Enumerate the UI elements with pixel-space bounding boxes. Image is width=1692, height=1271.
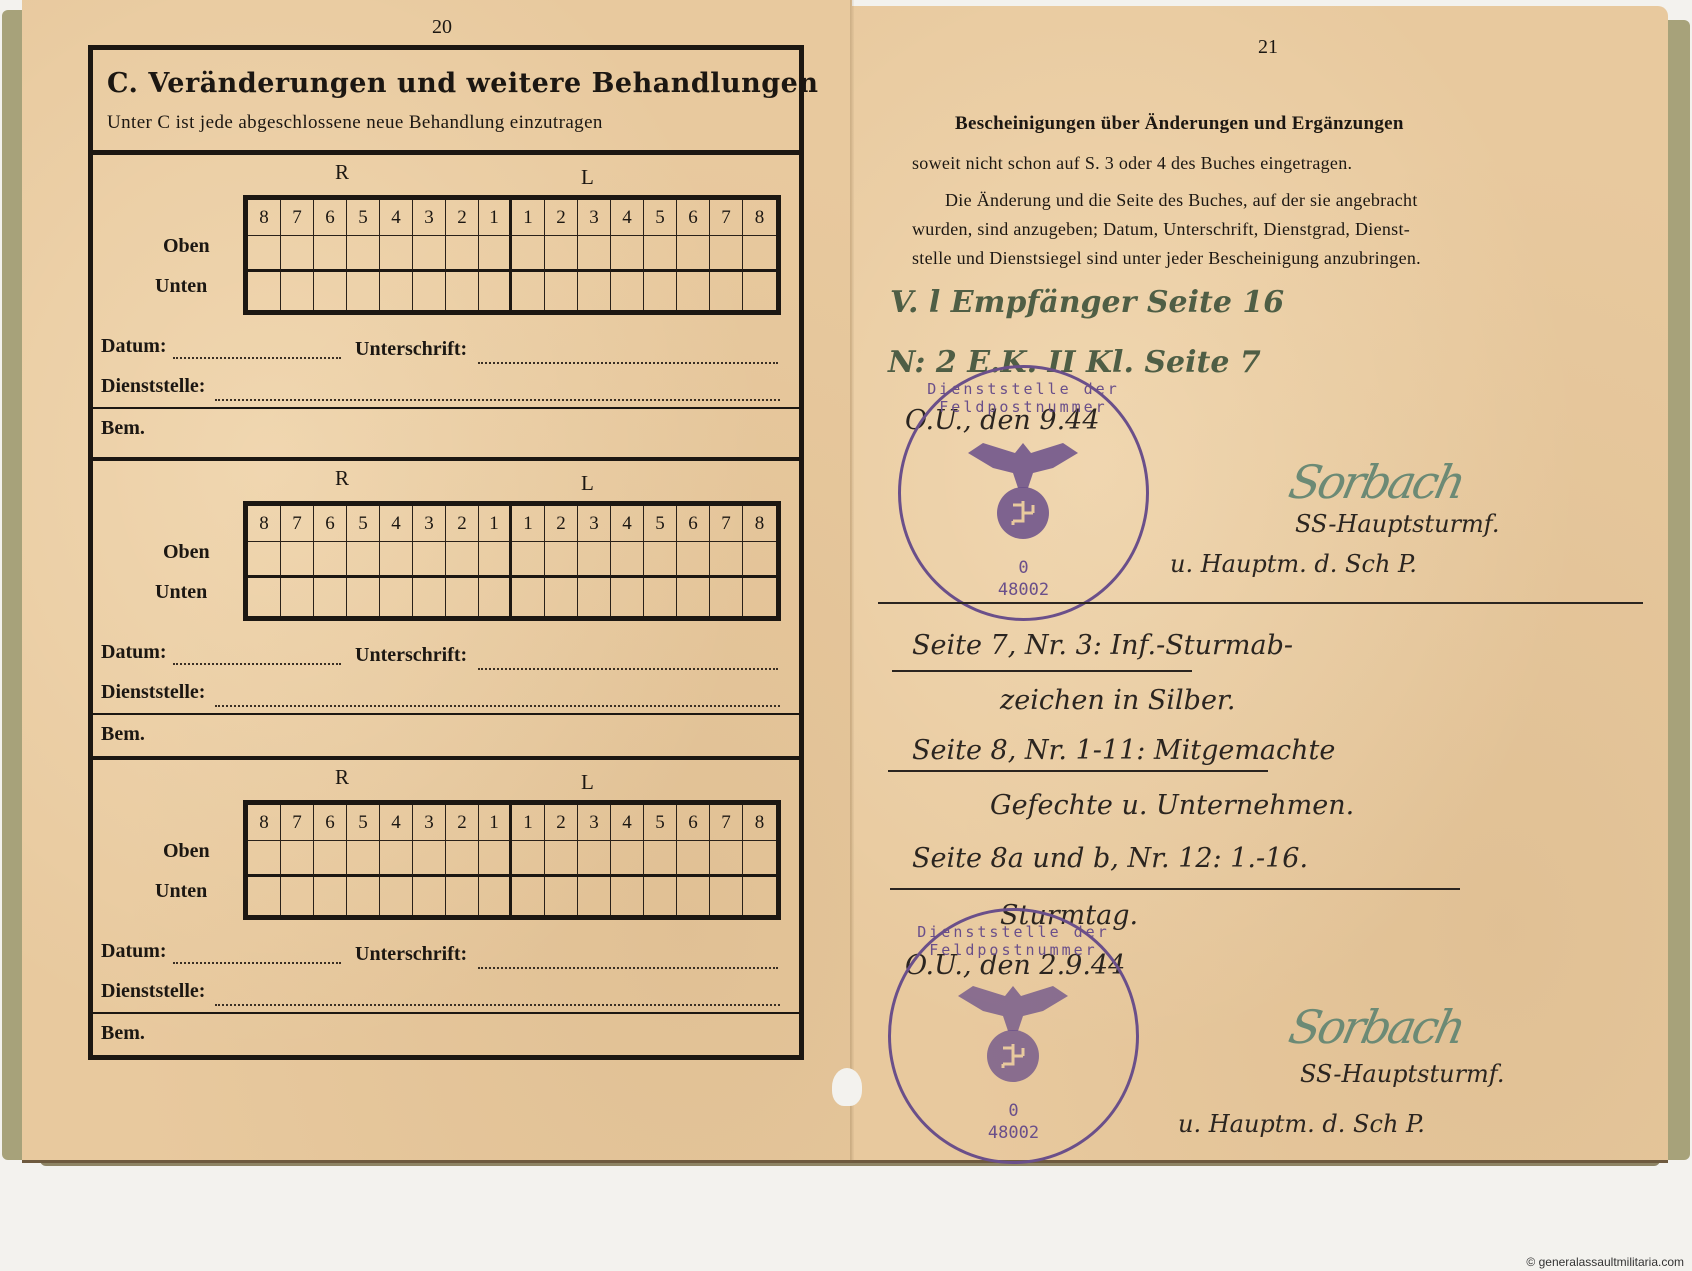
copyright-watermark: © generalassaultmilitaria.com <box>1526 1255 1684 1269</box>
datum-label: Datum: <box>101 940 167 963</box>
tooth-number: 2 <box>446 506 479 542</box>
lower-tooth-cell[interactable] <box>644 877 677 915</box>
official-stamp-1: Dienststelle der Feldpostnummer 0 48002 <box>898 365 1149 621</box>
lower-tooth-cell[interactable] <box>446 272 479 310</box>
right-side-label: R <box>335 466 349 491</box>
upper-tooth-cell[interactable] <box>611 841 644 877</box>
lower-tooth-cell[interactable] <box>644 272 677 310</box>
lower-tooth-cell[interactable] <box>545 877 578 915</box>
unterschrift-label: Unterschrift: <box>355 943 467 966</box>
right-side-label: R <box>335 160 349 185</box>
cert2-signature: Sorbach <box>1284 1000 1468 1054</box>
tooth-number: 7 <box>281 200 314 236</box>
upper-tooth-cell[interactable] <box>512 841 545 877</box>
upper-tooth-cell[interactable] <box>743 841 776 877</box>
tooth-number: 5 <box>347 805 380 841</box>
tooth-chart-grid: 8765432112345678 <box>243 800 781 920</box>
upper-tooth-cell[interactable] <box>446 542 479 578</box>
unterschrift-label: Unterschrift: <box>355 338 467 361</box>
upper-tooth-cell[interactable] <box>578 542 611 578</box>
upper-tooth-cell[interactable] <box>710 841 743 877</box>
lower-tooth-cell[interactable] <box>347 578 380 616</box>
upper-tooth-cell[interactable] <box>578 841 611 877</box>
lower-tooth-cell[interactable] <box>578 877 611 915</box>
stamp-1-number: 48002 <box>901 580 1146 600</box>
form-subtitle: Unter C ist jede abgeschlossene neue Beh… <box>107 112 603 134</box>
lower-tooth-cell[interactable] <box>512 272 545 310</box>
cert2-line-2: zeichen in Silber. <box>1000 685 1235 716</box>
lower-tooth-cell[interactable] <box>578 578 611 616</box>
upper-tooth-cell[interactable] <box>677 542 710 578</box>
tooth-number: 2 <box>545 200 578 236</box>
cert1-rank: SS-Hauptsturmf. <box>1295 510 1499 538</box>
lower-tooth-cell[interactable] <box>710 877 743 915</box>
upper-tooth-cell[interactable] <box>479 841 512 877</box>
dienststelle-label: Dienststelle: <box>101 681 205 704</box>
cert2-underline-1 <box>892 670 1192 672</box>
lower-tooth-cell[interactable] <box>578 272 611 310</box>
left-side-label: L <box>581 471 594 496</box>
tooth-number: 5 <box>644 805 677 841</box>
tooth-number: 4 <box>611 805 644 841</box>
lower-tooth-cell[interactable] <box>347 877 380 915</box>
bem-label: Bem. <box>101 1022 145 1045</box>
tooth-number: 1 <box>512 805 545 841</box>
cert2-line-3: Seite 8, Nr. 1-11: Mitgemachte <box>912 735 1335 766</box>
tooth-number: 2 <box>446 200 479 236</box>
tooth-number: 3 <box>578 805 611 841</box>
lower-tooth-cell[interactable] <box>380 272 413 310</box>
lower-tooth-cell[interactable] <box>413 877 446 915</box>
lower-tooth-cell[interactable] <box>677 578 710 616</box>
page-tear-hole <box>832 1068 862 1106</box>
certifications-title: Bescheinigungen über Änderungen und Ergä… <box>955 113 1404 135</box>
upper-tooth-cell[interactable] <box>314 236 347 272</box>
tooth-number: 7 <box>710 200 743 236</box>
upper-tooth-cell[interactable] <box>347 542 380 578</box>
right-side-label: R <box>335 765 349 790</box>
lower-tooth-cell[interactable] <box>710 272 743 310</box>
stamp-2-letter: 0 <box>891 1101 1136 1121</box>
tooth-number: 7 <box>710 805 743 841</box>
bem-label: Bem. <box>101 723 145 746</box>
upper-tooth-cell[interactable] <box>314 542 347 578</box>
lower-tooth-cell[interactable] <box>281 272 314 310</box>
lower-tooth-cell[interactable] <box>677 877 710 915</box>
upper-tooth-cell[interactable] <box>611 236 644 272</box>
cert2-underline-2 <box>888 770 1268 772</box>
datum-label: Datum: <box>101 641 167 664</box>
tooth-number: 4 <box>380 200 413 236</box>
upper-tooth-cell[interactable] <box>281 542 314 578</box>
lower-tooth-cell[interactable] <box>710 578 743 616</box>
bem-label: Bem. <box>101 417 145 440</box>
unterschrift-label: Unterschrift: <box>355 644 467 667</box>
lower-tooth-cell[interactable] <box>512 578 545 616</box>
upper-tooth-cell[interactable] <box>380 542 413 578</box>
tooth-number: 7 <box>281 506 314 542</box>
upper-tooth-cell[interactable] <box>446 841 479 877</box>
lower-tooth-cell[interactable] <box>248 272 281 310</box>
stamp-2-ring-text: Dienststelle der Feldpostnummer <box>891 923 1136 959</box>
cert1-line-1: V. l Empfänger Seite 16 <box>890 285 1284 320</box>
unterschrift-field[interactable] <box>478 668 778 670</box>
lower-tooth-cell[interactable] <box>611 578 644 616</box>
form-title: C. Veränderungen und weitere Behandlunge… <box>107 68 818 99</box>
tooth-number: 2 <box>545 805 578 841</box>
upper-tooth-cell[interactable] <box>281 236 314 272</box>
upper-tooth-cell[interactable] <box>545 542 578 578</box>
tooth-number: 8 <box>743 805 776 841</box>
remarks-divider <box>93 1012 799 1014</box>
lower-tooth-cell[interactable] <box>314 578 347 616</box>
upper-tooth-cell[interactable] <box>644 841 677 877</box>
left-side-label: L <box>581 770 594 795</box>
instructions-line-1: Die Änderung und die Seite des Buches, a… <box>945 190 1418 211</box>
tooth-number: 1 <box>512 506 545 542</box>
lower-tooth-cell[interactable] <box>545 272 578 310</box>
remarks-divider <box>93 713 799 715</box>
upper-jaw-label: Oben <box>163 840 210 863</box>
tooth-number: 8 <box>743 200 776 236</box>
unterschrift-field[interactable] <box>478 362 778 364</box>
certifications-intro: soweit nicht schon auf S. 3 oder 4 des B… <box>912 153 1352 174</box>
lower-jaw-label: Unten <box>155 880 207 903</box>
lower-tooth-cell[interactable] <box>545 578 578 616</box>
tooth-number: 3 <box>578 506 611 542</box>
certification-divider <box>878 602 1643 604</box>
tooth-number: 7 <box>710 506 743 542</box>
tooth-number: 4 <box>611 506 644 542</box>
cert1-signature: Sorbach <box>1284 455 1468 509</box>
upper-tooth-cell[interactable] <box>479 542 512 578</box>
upper-tooth-cell[interactable] <box>743 542 776 578</box>
upper-tooth-cell[interactable] <box>413 542 446 578</box>
lower-tooth-cell[interactable] <box>314 877 347 915</box>
tooth-number: 3 <box>413 200 446 236</box>
tooth-number: 2 <box>446 805 479 841</box>
tooth-number: 6 <box>314 506 347 542</box>
tooth-number: 5 <box>644 200 677 236</box>
upper-tooth-cell[interactable] <box>413 841 446 877</box>
book-gutter <box>850 0 854 1162</box>
lower-tooth-cell[interactable] <box>281 877 314 915</box>
datum-label: Datum: <box>101 335 167 358</box>
lower-tooth-cell[interactable] <box>743 877 776 915</box>
upper-tooth-cell[interactable] <box>413 236 446 272</box>
upper-tooth-cell[interactable] <box>446 236 479 272</box>
tooth-number: 3 <box>413 805 446 841</box>
official-stamp-2: Dienststelle der Feldpostnummer 0 48002 <box>888 908 1139 1164</box>
upper-jaw-label: Oben <box>163 235 210 258</box>
lower-tooth-cell[interactable] <box>248 578 281 616</box>
tooth-number: 6 <box>677 200 710 236</box>
upper-tooth-cell[interactable] <box>380 236 413 272</box>
tooth-number: 5 <box>644 506 677 542</box>
stamp-1-ring-text: Dienststelle der Feldpostnummer <box>901 380 1146 416</box>
upper-tooth-cell[interactable] <box>578 236 611 272</box>
page-number-right: 21 <box>1258 36 1278 59</box>
lower-tooth-cell[interactable] <box>611 272 644 310</box>
treatment-entry-3: RLObenUnten8765432112345678Datum:Untersc… <box>93 760 799 1055</box>
instructions-line-3: stelle und Dienstsiegel sind unter jeder… <box>912 248 1421 269</box>
lower-tooth-cell[interactable] <box>644 578 677 616</box>
tooth-number: 6 <box>677 506 710 542</box>
upper-tooth-cell[interactable] <box>710 542 743 578</box>
tooth-number: 4 <box>380 805 413 841</box>
upper-tooth-cell[interactable] <box>644 236 677 272</box>
cert2-underline-3 <box>890 888 1460 890</box>
tooth-chart-grid: 8765432112345678 <box>243 195 781 315</box>
dienststelle-label: Dienststelle: <box>101 375 205 398</box>
upper-tooth-cell[interactable] <box>347 236 380 272</box>
treatment-entry-1: RLObenUnten8765432112345678Datum:Untersc… <box>93 155 799 461</box>
lower-tooth-cell[interactable] <box>479 578 512 616</box>
cert2-rank: SS-Hauptsturmf. <box>1300 1060 1504 1088</box>
dental-treatment-form: C. Veränderungen und weitere Behandlunge… <box>88 45 804 1060</box>
upper-tooth-cell[interactable] <box>677 841 710 877</box>
eagle-emblem-icon <box>963 413 1083 553</box>
upper-tooth-cell[interactable] <box>545 236 578 272</box>
lower-tooth-cell[interactable] <box>413 578 446 616</box>
tooth-number: 1 <box>479 200 512 236</box>
lower-tooth-cell[interactable] <box>446 877 479 915</box>
tooth-number: 1 <box>479 805 512 841</box>
lower-tooth-cell[interactable] <box>743 272 776 310</box>
tooth-number: 5 <box>347 200 380 236</box>
upper-tooth-cell[interactable] <box>314 841 347 877</box>
lower-tooth-cell[interactable] <box>743 578 776 616</box>
upper-tooth-cell[interactable] <box>347 841 380 877</box>
upper-tooth-cell[interactable] <box>644 542 677 578</box>
tooth-number: 4 <box>380 506 413 542</box>
tooth-number: 6 <box>314 200 347 236</box>
tooth-number: 1 <box>479 506 512 542</box>
lower-tooth-cell[interactable] <box>611 877 644 915</box>
lower-tooth-cell[interactable] <box>479 877 512 915</box>
upper-tooth-cell[interactable] <box>743 236 776 272</box>
tooth-number: 6 <box>314 805 347 841</box>
lower-tooth-cell[interactable] <box>413 272 446 310</box>
dienststelle-label: Dienststelle: <box>101 980 205 1003</box>
tooth-chart-grid: 8765432112345678 <box>243 501 781 621</box>
tooth-number: 3 <box>413 506 446 542</box>
page-number-left: 20 <box>432 16 452 39</box>
tooth-number: 6 <box>677 805 710 841</box>
lower-jaw-label: Unten <box>155 581 207 604</box>
unterschrift-field[interactable] <box>478 967 778 969</box>
upper-tooth-cell[interactable] <box>710 236 743 272</box>
lower-tooth-cell[interactable] <box>512 877 545 915</box>
instructions-line-2: wurden, sind anzugeben; Datum, Unterschr… <box>912 219 1410 240</box>
lower-tooth-cell[interactable] <box>380 578 413 616</box>
lower-tooth-cell[interactable] <box>446 578 479 616</box>
dienststelle-field[interactable] <box>215 1004 780 1006</box>
tooth-number: 2 <box>545 506 578 542</box>
tooth-number: 8 <box>248 805 281 841</box>
upper-tooth-cell[interactable] <box>611 542 644 578</box>
tooth-number: 8 <box>248 506 281 542</box>
cert2-position: u. Hauptm. d. Sch P. <box>1178 1110 1425 1138</box>
upper-tooth-cell[interactable] <box>281 841 314 877</box>
tooth-number: 8 <box>248 200 281 236</box>
upper-tooth-cell[interactable] <box>248 841 281 877</box>
stamp-2-number: 48002 <box>891 1123 1136 1143</box>
form-header: C. Veränderungen und weitere Behandlunge… <box>93 50 799 155</box>
dienststelle-field[interactable] <box>215 705 780 707</box>
tooth-number: 5 <box>347 506 380 542</box>
lower-tooth-cell[interactable] <box>347 272 380 310</box>
stamp-1-letter: 0 <box>901 558 1146 578</box>
upper-tooth-cell[interactable] <box>512 236 545 272</box>
upper-tooth-cell[interactable] <box>380 841 413 877</box>
lower-tooth-cell[interactable] <box>281 578 314 616</box>
upper-tooth-cell[interactable] <box>248 542 281 578</box>
upper-tooth-cell[interactable] <box>545 841 578 877</box>
lower-tooth-cell[interactable] <box>248 877 281 915</box>
cert1-line-2: N: 2 E.K. II Kl. Seite 7 <box>888 345 1261 380</box>
lower-jaw-label: Unten <box>155 275 207 298</box>
left-side-label: L <box>581 165 594 190</box>
tooth-number: 1 <box>512 200 545 236</box>
cert2-line-4: Gefechte u. Unternehmen. <box>990 790 1354 821</box>
upper-tooth-cell[interactable] <box>479 236 512 272</box>
cert1-position: u. Hauptm. d. Sch P. <box>1170 550 1417 578</box>
eagle-emblem-icon <box>953 956 1073 1096</box>
tooth-number: 7 <box>281 805 314 841</box>
upper-jaw-label: Oben <box>163 541 210 564</box>
upper-tooth-cell[interactable] <box>248 236 281 272</box>
datum-field[interactable] <box>173 357 341 359</box>
remarks-divider <box>93 407 799 409</box>
cert2-line-5: Seite 8a und b, Nr. 12: 1.-16. <box>912 843 1308 874</box>
lower-tooth-cell[interactable] <box>677 272 710 310</box>
upper-tooth-cell[interactable] <box>512 542 545 578</box>
cert2-line-1: Seite 7, Nr. 3: Inf.-Sturmab- <box>912 630 1293 661</box>
lower-tooth-cell[interactable] <box>314 272 347 310</box>
datum-field[interactable] <box>173 962 341 964</box>
tooth-number: 3 <box>578 200 611 236</box>
tooth-number: 8 <box>743 506 776 542</box>
treatment-entry-2: RLObenUnten8765432112345678Datum:Untersc… <box>93 461 799 760</box>
dienststelle-field[interactable] <box>215 399 780 401</box>
datum-field[interactable] <box>173 663 341 665</box>
lower-tooth-cell[interactable] <box>380 877 413 915</box>
lower-tooth-cell[interactable] <box>479 272 512 310</box>
tooth-number: 4 <box>611 200 644 236</box>
upper-tooth-cell[interactable] <box>677 236 710 272</box>
